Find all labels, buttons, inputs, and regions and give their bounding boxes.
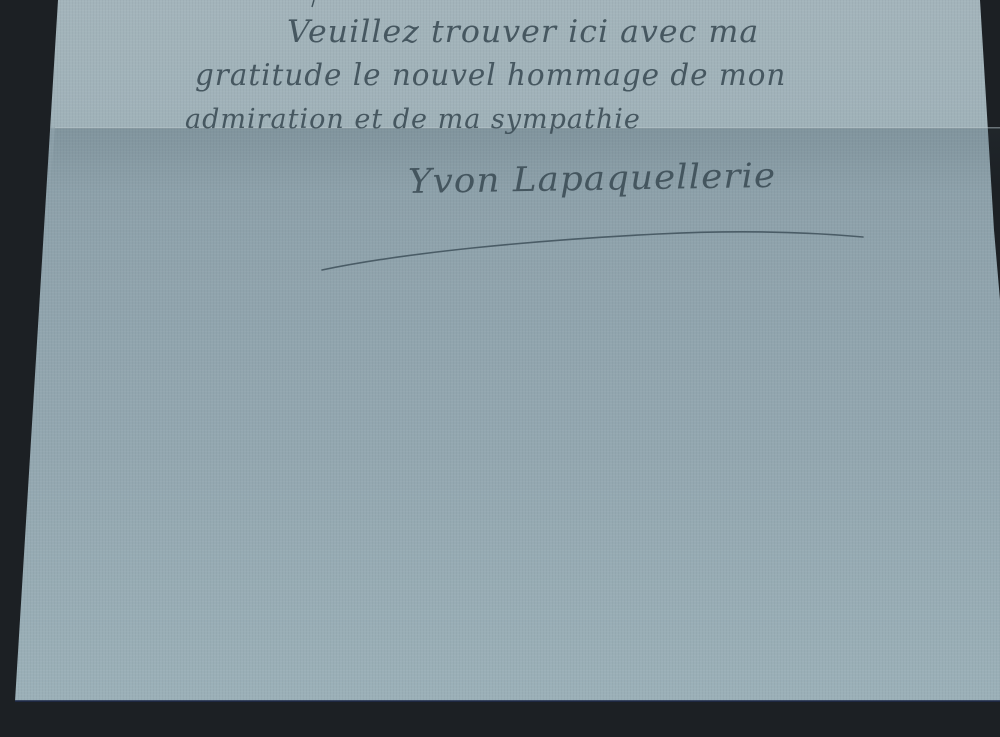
photo-scene: Veuillez trouver ici avec ma gratitude l… <box>0 0 1000 737</box>
signature-flourish <box>318 222 868 277</box>
paper-bottom-edge <box>15 700 1000 702</box>
letter-line-2: gratitude le nouvel hommage de mon <box>195 58 786 93</box>
letter-line-3: admiration et de ma sympathie <box>185 104 641 135</box>
letter-line-1: Veuillez trouver ici avec ma <box>287 14 759 50</box>
ink-mark <box>310 0 316 8</box>
signature: Yvon Lapaquellerie <box>408 156 777 202</box>
